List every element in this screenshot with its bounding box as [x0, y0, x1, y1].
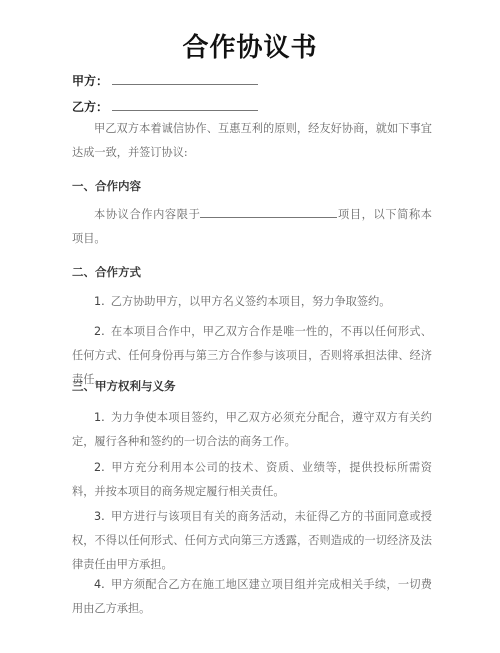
section-2-heading: 二、合作方式	[72, 264, 141, 280]
item-number: 4.	[94, 578, 105, 591]
content-prefix: 本协议合作内容限于	[94, 208, 200, 221]
section-1-content: 本协议合作内容限于项目，以下简称本项目。	[72, 203, 432, 251]
intro-paragraph: 甲乙双方本着诚信协作、互惠互利的原则，经友好协商，就如下事宜达成一致，并签订协议…	[72, 117, 432, 165]
item-number: 3.	[94, 510, 105, 523]
section-1-heading: 一、合作内容	[72, 178, 141, 194]
item-number: 1.	[94, 411, 105, 424]
item-number: 2.	[94, 461, 105, 474]
party-b-label: 乙方：	[72, 100, 108, 114]
party-a-blank	[112, 74, 258, 85]
document-title: 合作协议书	[0, 27, 500, 64]
section-3-heading: 三、甲方权利与义务	[72, 378, 176, 394]
item-text: 甲方须配合乙方在施工地区建立项目组并完成相关手续，一切费用由乙方承担。	[72, 578, 432, 615]
item-text: 为力争使本项目签约，甲乙双方必须充分配合，遵守双方有关约定，履行各种和签约的一切…	[72, 411, 432, 448]
section-3-item-2: 2.甲方充分利用本公司的技术、资质、业绩等，提供投标所需资料，并按本项目的商务规…	[72, 456, 432, 504]
party-b-blank	[112, 100, 258, 111]
section-3-item-3: 3.甲方进行与该项目有关的商务活动，未征得乙方的书面同意或授权，不得以任何形式、…	[72, 505, 432, 577]
item-text: 在本项目合作中，甲乙双方合作是唯一性的，不再以任何形式、任何方式、任何身份再与第…	[72, 325, 432, 386]
section-2-item-1: 1.乙方协助甲方，以甲方名义签约本项目，努力争取签约。	[72, 290, 432, 314]
item-number: 2.	[94, 325, 105, 338]
party-a-label: 甲方：	[72, 74, 108, 88]
section-3-item-1: 1.为力争使本项目签约，甲乙双方必须充分配合，遵守双方有关约定，履行各种和签约的…	[72, 406, 432, 454]
item-text: 甲方进行与该项目有关的商务活动，未征得乙方的书面同意或授权，不得以任何形式、任何…	[72, 510, 432, 571]
project-blank	[200, 207, 337, 218]
item-number: 1.	[94, 295, 105, 308]
party-b: 乙方：	[72, 98, 258, 115]
section-3-item-4: 4.甲方须配合乙方在施工地区建立项目组并完成相关手续，一切费用由乙方承担。	[72, 573, 432, 621]
party-a: 甲方：	[72, 72, 258, 89]
item-text: 乙方协助甲方，以甲方名义签约本项目，努力争取签约。	[111, 295, 391, 308]
item-text: 甲方充分利用本公司的技术、资质、业绩等，提供投标所需资料，并按本项目的商务规定履…	[72, 461, 432, 498]
